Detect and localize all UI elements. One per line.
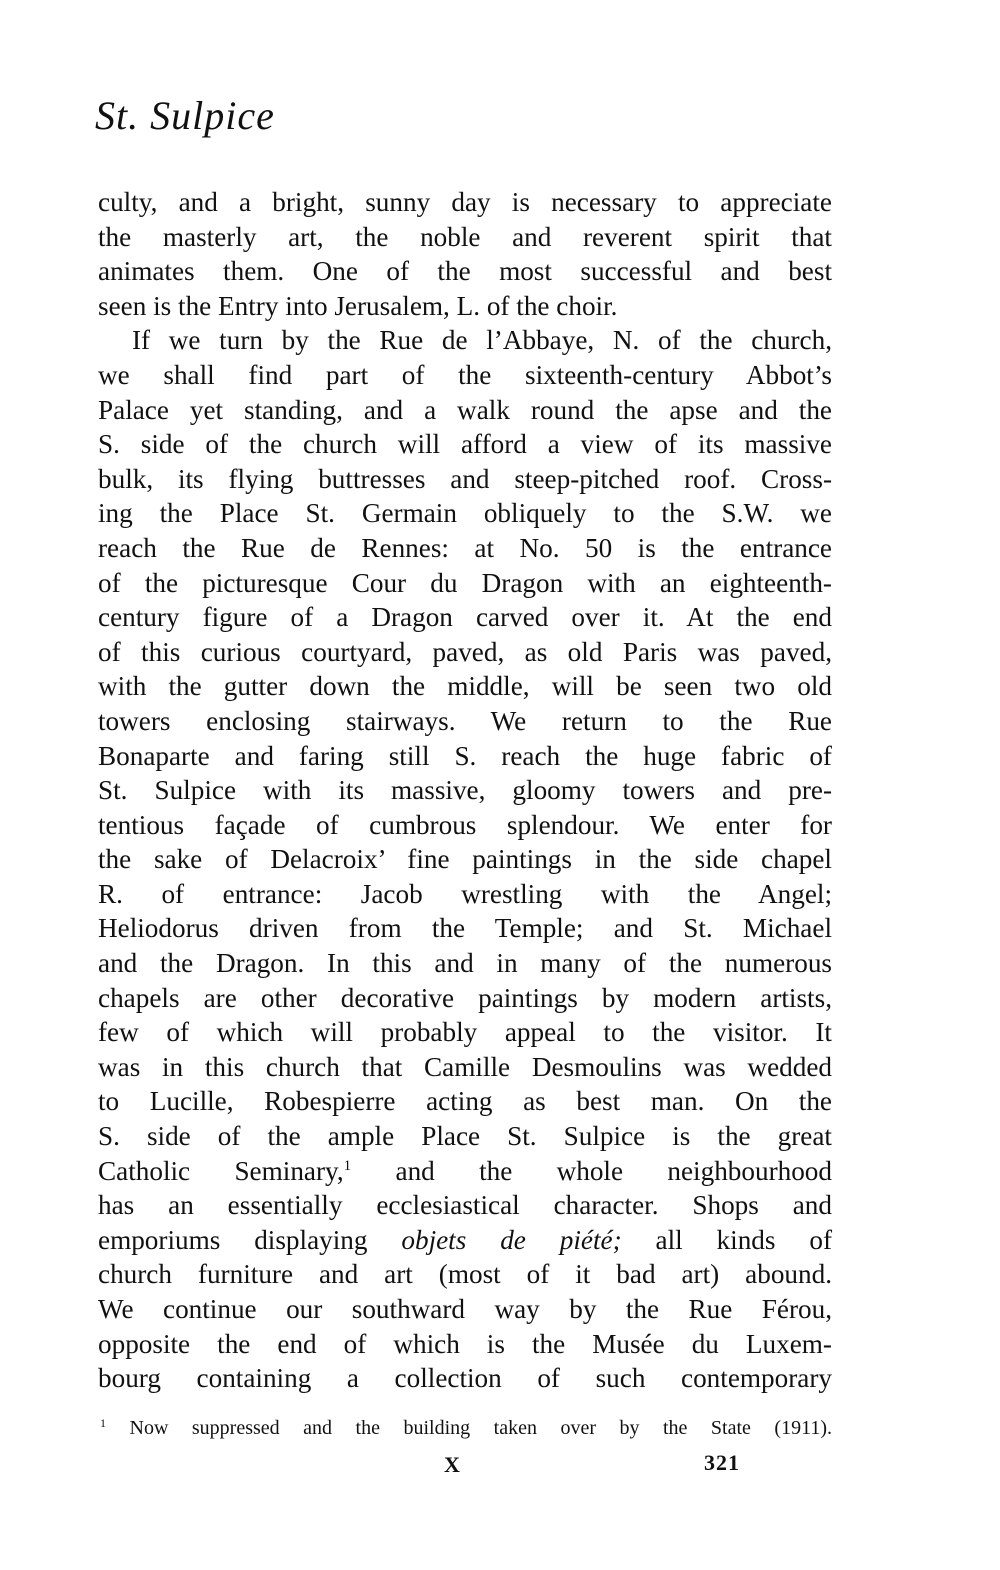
- footnote-text: Now suppressed and the building taken ov…: [106, 1417, 832, 1439]
- book-page: St. Sulpice culty, and a bright, sunny d…: [0, 0, 1000, 1570]
- text-line: Palace yet standing, and a walk round th…: [98, 393, 832, 428]
- text-line: St. Sulpice with its massive, gloomy tow…: [98, 773, 832, 808]
- text-line: century figure of a Dragon carved over i…: [98, 600, 832, 635]
- text-line: S. side of the church will afford a view…: [98, 427, 832, 462]
- text-segment: emporiums displaying: [98, 1225, 401, 1255]
- text-line: towers enclosing stairways. We return to…: [98, 704, 832, 739]
- text-line: bulk, its flying buttresses and steep-pi…: [98, 462, 832, 497]
- page-number: 321: [704, 1450, 740, 1476]
- text-segment: all kinds of: [622, 1225, 832, 1255]
- text-line: chapels are other decorative paintings b…: [98, 981, 832, 1016]
- text-line: We continue our southward way by the Rue…: [98, 1292, 832, 1327]
- footnote: 1 Now suppressed and the building taken …: [100, 1417, 832, 1440]
- text-line: has an essentially ecclesiastical charac…: [98, 1188, 832, 1223]
- text-line: of the picturesque Cour du Dragon with a…: [98, 566, 832, 601]
- signature-mark: X: [444, 1452, 460, 1478]
- italic-phrase: objets de piété;: [401, 1225, 621, 1255]
- text-line: Heliodorus driven from the Temple; and S…: [98, 911, 832, 946]
- text-line: and the Dragon. In this and in many of t…: [98, 946, 832, 981]
- text-line: ing the Place St. Germain obliquely to t…: [98, 496, 832, 531]
- text-line: few of which will probably appeal to the…: [98, 1015, 832, 1050]
- text-line: to Lucille, Robespierre acting as best m…: [98, 1084, 832, 1119]
- text-line-with-italic: emporiums displaying objets de piété; al…: [98, 1223, 832, 1258]
- text-line: the masterly art, the noble and reverent…: [98, 220, 832, 255]
- text-line: opposite the end of which is the Musée d…: [98, 1327, 832, 1362]
- text-line: with the gutter down the middle, will be…: [98, 669, 832, 704]
- text-line: of this curious courtyard, paved, as old…: [98, 635, 832, 670]
- text-line: church furniture and art (most of it bad…: [98, 1257, 832, 1292]
- text-segment: and the whole neighbourhood: [351, 1156, 832, 1186]
- text-line: culty, and a bright, sunny day is necess…: [98, 185, 832, 220]
- text-line: Bonaparte and faring still S. reach the …: [98, 739, 832, 774]
- text-line: tentious façade of cumbrous splendour. W…: [98, 808, 832, 843]
- running-title: St. Sulpice: [95, 92, 275, 139]
- text-line: S. side of the ample Place St. Sulpice i…: [98, 1119, 832, 1154]
- text-line: we shall find part of the sixteenth-cent…: [98, 358, 832, 393]
- text-line: animates them. One of the most successfu…: [98, 254, 832, 289]
- text-line: reach the Rue de Rennes: at No. 50 is th…: [98, 531, 832, 566]
- text-line: was in this church that Camille Desmouli…: [98, 1050, 832, 1085]
- text-line-with-footnote-ref: Catholic Seminary,1 and the whole neighb…: [98, 1154, 832, 1189]
- text-line: seen is the Entry into Jerusalem, L. of …: [98, 289, 832, 324]
- text-segment: Catholic Seminary,: [98, 1156, 344, 1186]
- text-line: the sake of Delacroix’ fine paintings in…: [98, 842, 832, 877]
- text-line: R. of entrance: Jacob wrestling with the…: [98, 877, 832, 912]
- paragraph-start-line: If we turn by the Rue de l’Abbaye, N. of…: [98, 323, 832, 358]
- body-text: culty, and a bright, sunny day is necess…: [98, 185, 832, 1396]
- text-line: bourg containing a collection of such co…: [98, 1361, 832, 1396]
